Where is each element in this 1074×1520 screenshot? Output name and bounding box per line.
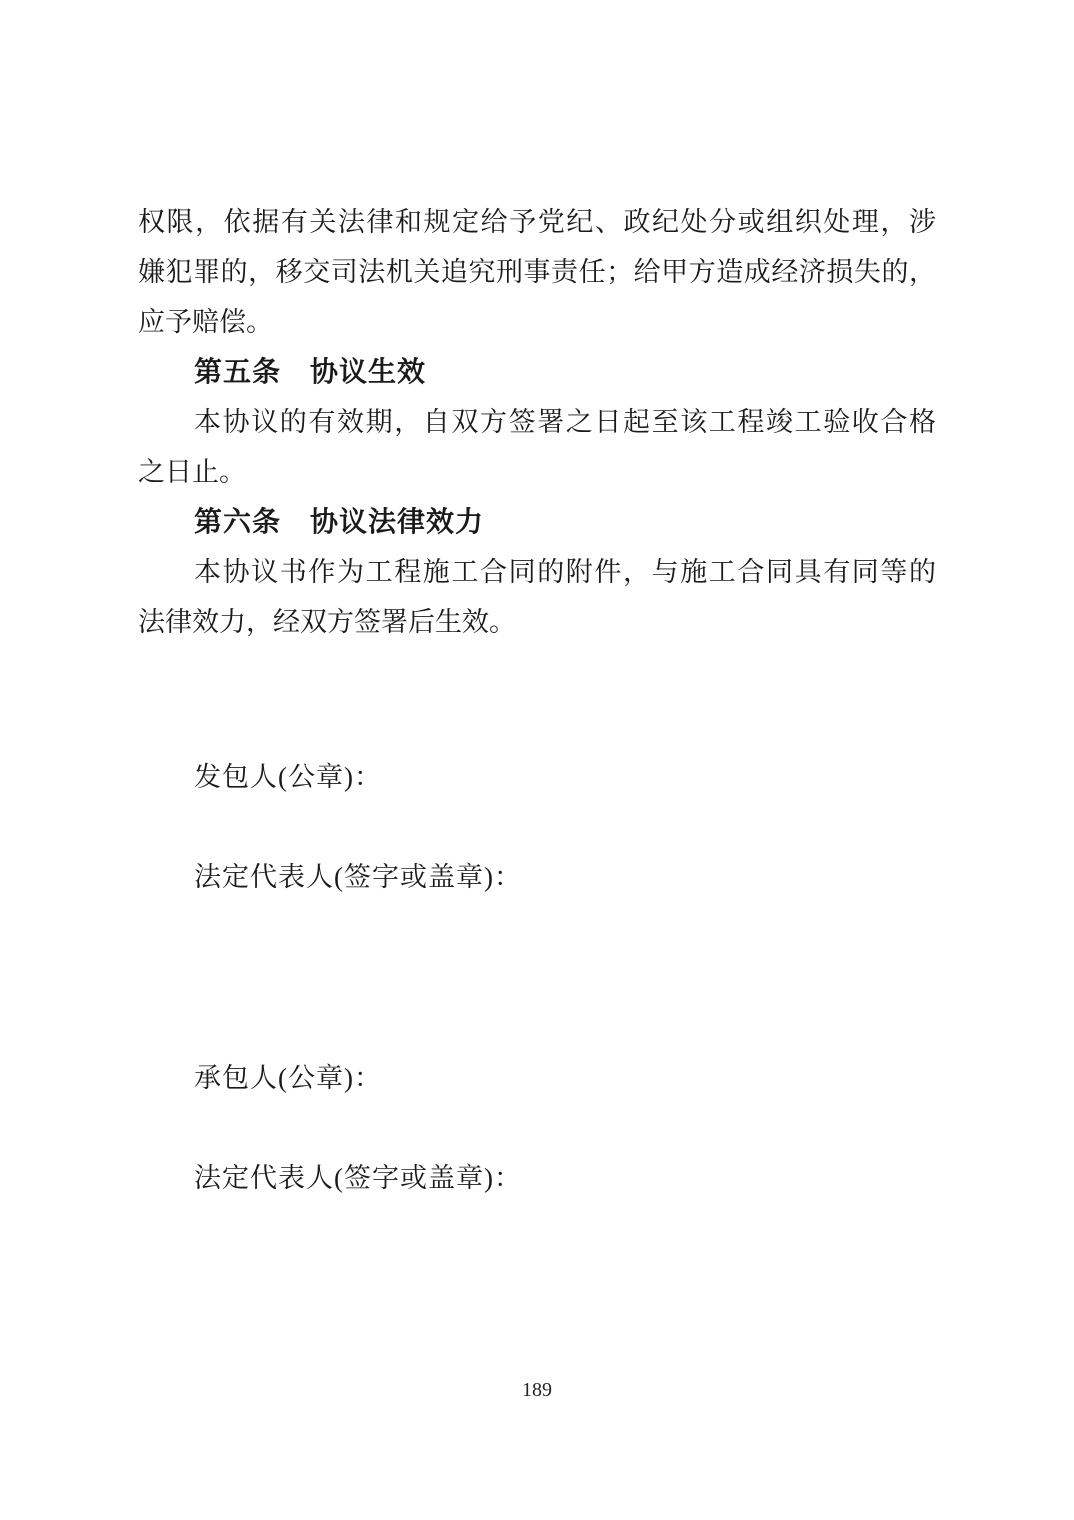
intro-paragraph-line-3: 应予赔偿。 (138, 297, 936, 347)
employer-representative-line: 法定代表人(签字或盖章)： (138, 852, 936, 902)
intro-paragraph-line-2: 嫌犯罪的，移交司法机关追究刑事责任；给甲方造成经济损失的， (138, 247, 936, 297)
page-number: 189 (0, 1376, 1074, 1404)
employer-seal-line: 发包人(公章)： (138, 752, 936, 802)
intro-paragraph-line-1: 权限，依据有关法律和规定给予党纪、政纪处分或组织处理，涉 (138, 197, 936, 247)
article-5-body-line-1: 本协议的有效期，自双方签署之日起至该工程竣工验收合格 (138, 397, 936, 447)
article-6-body-line-1: 本协议书作为工程施工合同的附件，与施工合同具有同等的 (138, 547, 936, 597)
article-5-heading: 第五条 协议生效 (138, 347, 936, 397)
article-5-body-line-2: 之日止。 (138, 447, 936, 497)
article-6-heading: 第六条 协议法律效力 (138, 497, 936, 547)
document-page: 权限，依据有关法律和规定给予党纪、政纪处分或组织处理，涉 嫌犯罪的，移交司法机关… (0, 0, 1074, 1520)
contractor-seal-line: 承包人(公章)： (138, 1053, 936, 1103)
contractor-representative-line: 法定代表人(签字或盖章)： (138, 1153, 936, 1203)
article-6-body-line-2: 法律效力，经双方签署后生效。 (138, 597, 936, 647)
document-content: 权限，依据有关法律和规定给予党纪、政纪处分或组织处理，涉 嫌犯罪的，移交司法机关… (138, 197, 936, 1203)
